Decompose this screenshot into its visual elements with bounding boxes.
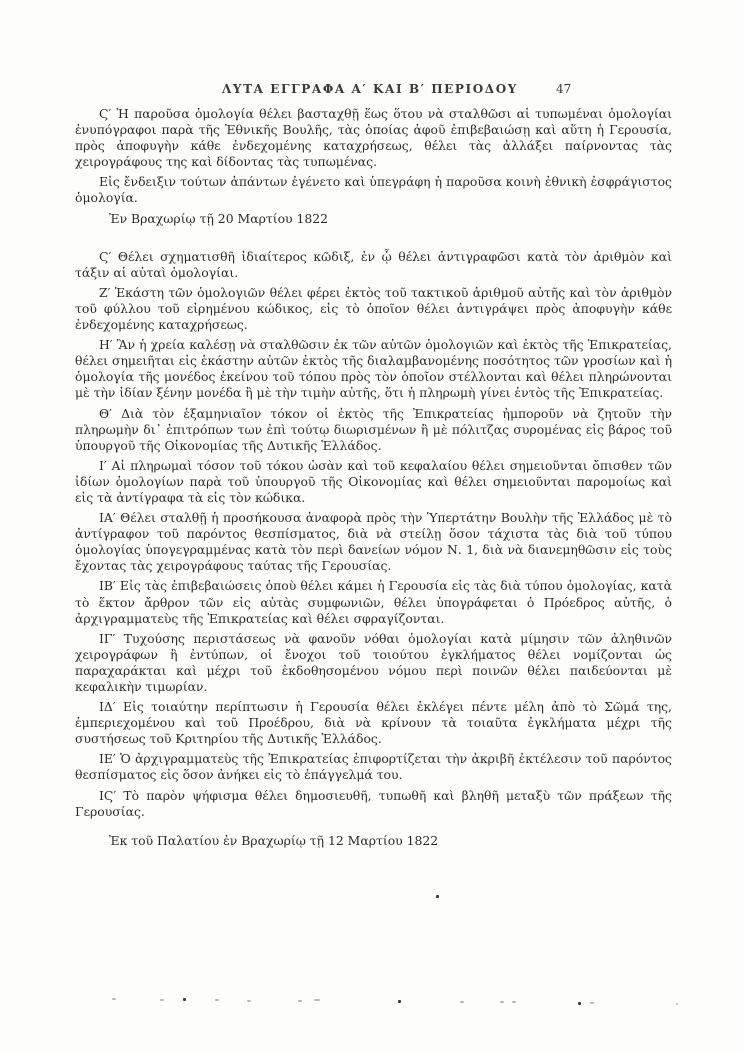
paragraph-article-9: Θ′ Διὰ τὸν ἑξαμηνιαῖον τόκον οἱ ἐκτὸς τῆ… — [75, 406, 672, 454]
paragraph-article-6b: Ϛ′ Θέλει σχηματισθῆ ἰδιαίτερος κῶδιξ, ἐν… — [75, 249, 672, 281]
document-body: Ϛ′ Ἡ παροῦσα ὁμολογία θέλει βασταχθῇ ἕως… — [75, 106, 672, 849]
scan-speck — [183, 998, 186, 1001]
page-header: ΛΥΤΑ ΕΓΓΡΑΦΑ Α′ ΚΑΙ Β′ ΠΕΡΙΟΔΟΥ 47 — [0, 82, 744, 100]
paragraph-article-8: Η′ Ἂν ἡ χρεία καλέσῃ νὰ σταλθῶσιν ἐκ τῶν… — [75, 337, 672, 401]
scan-speck — [160, 999, 164, 1001]
scan-speck — [500, 1001, 504, 1003]
paragraph-article-11: ΙΑ′ Θέλει σταλθῇ ἡ προσήκουσα ἀναφορὰ πρ… — [75, 510, 672, 574]
scan-speck — [398, 1000, 401, 1003]
scan-speck — [676, 1003, 678, 1005]
paragraph-article-16: ΙϚ′ Τὸ παρὸν ψήφισμα θέλει δημοσιευθῆ, τ… — [75, 788, 672, 820]
scan-speck — [247, 1000, 251, 1002]
book-page: ΛΥΤΑ ΕΓΓΡΑΦΑ Α′ ΚΑΙ Β′ ΠΕΡΙΟΔΟΥ 47 Ϛ′ Ἡ … — [0, 0, 744, 1052]
paragraph-article-12: ΙΒ′ Εἰς τὰς ἐπιβεβαιώσεις ὁποὺ θέλει κάμ… — [75, 578, 672, 626]
paragraph-article-15: ΙΕ′ Ὁ ἀρχιγραμματεὺς τῆς Ἐπικρατείας ἐπι… — [75, 751, 672, 783]
scan-speck — [512, 1001, 516, 1003]
dateline-20-march-1822: Ἐν Βραχωρίῳ τῇ 20 Μαρτίου 1822 — [109, 211, 672, 227]
scan-speck — [314, 999, 320, 1001]
paragraph-article-14: ΙΔ′ Εἰς τοιαύτην περίπτωσιν ἡ Γερουσία θ… — [75, 699, 672, 747]
scan-speck — [460, 1001, 464, 1003]
paragraph-article-7: Ζ′ Ἑκάστη τῶν ὁμολογιῶν θέλει φέρει ἐκτὸ… — [75, 285, 672, 333]
scan-speck — [112, 998, 116, 1000]
scan-speck — [298, 1000, 302, 1002]
scan-speck — [436, 895, 439, 898]
paragraph-article-10: Ι′ Αἱ πληρωμαὶ τόσον τοῦ τόκου ὡσὰν καὶ … — [75, 458, 672, 506]
scan-speck — [590, 1002, 594, 1004]
scan-speck — [215, 999, 219, 1001]
page-number: 47 — [556, 82, 571, 96]
paragraph-closing-attestation: Εἰς ἔνδειξιν τούτων ἁπάντων ἐγένετο καὶ … — [75, 174, 672, 206]
paragraph-article-6a: Ϛ′ Ἡ παροῦσα ὁμολογία θέλει βασταχθῇ ἕως… — [75, 106, 672, 170]
scan-speck — [578, 1002, 581, 1005]
running-title: ΛΥΤΑ ΕΓΓΡΑΦΑ Α′ ΚΑΙ Β′ ΠΕΡΙΟΔΟΥ — [222, 82, 518, 96]
paragraph-article-13: ΙΓ′ Τυχούσης περιστάσεως νὰ φανοῦν νόθαι… — [75, 631, 672, 695]
dateline-12-march-1822: Ἐκ τοῦ Παλατίου ἐν Βραχωρίῳ τῇ 12 Μαρτίο… — [109, 833, 672, 849]
